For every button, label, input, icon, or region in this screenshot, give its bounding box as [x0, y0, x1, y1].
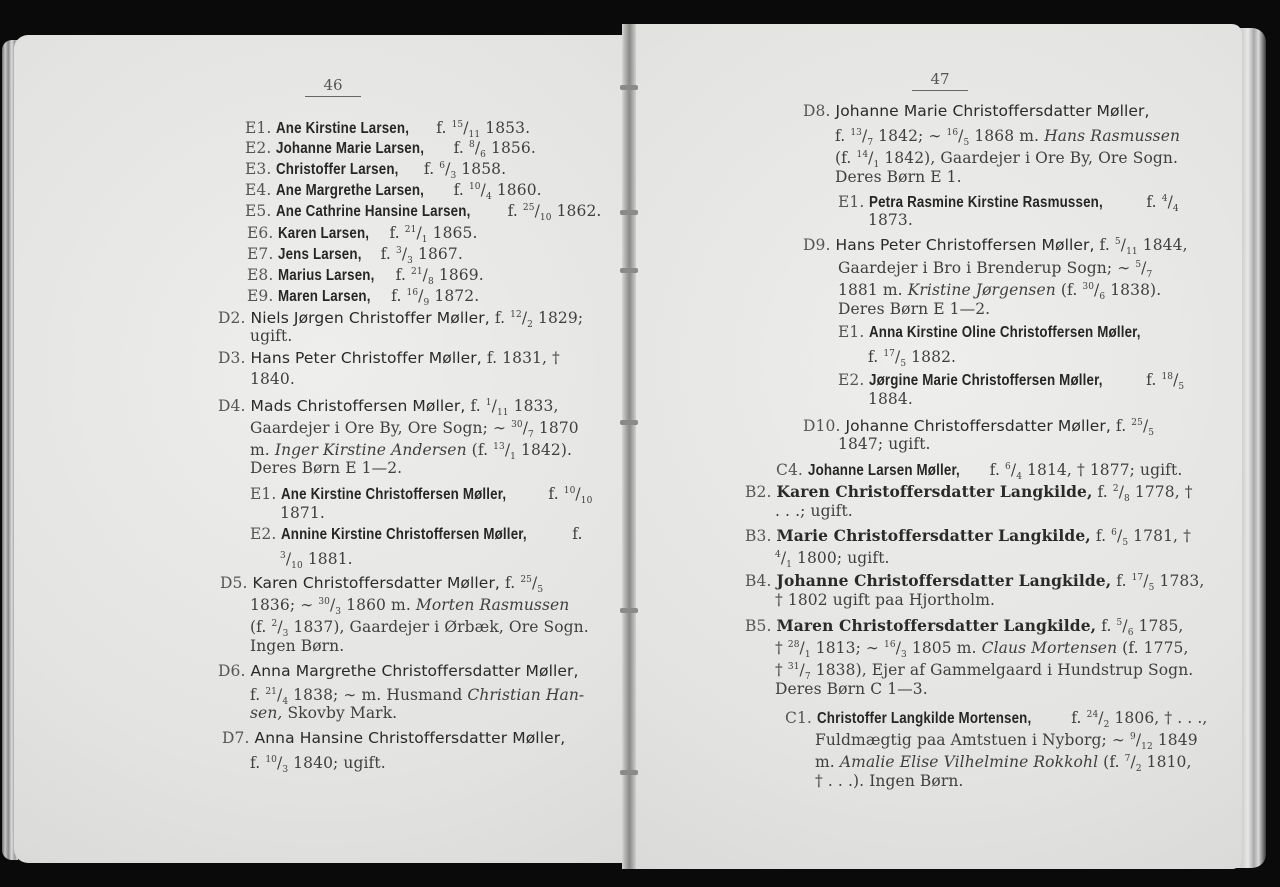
entry-text: ugift.: [250, 327, 292, 345]
entry-text: f. 6/3 1858.: [419, 160, 506, 178]
entry-text: f. 12/2 1829;: [490, 309, 583, 327]
entry-text: f. 24/2 1806, † . . .,: [1066, 709, 1207, 727]
entry-text: . . .; ugift.: [775, 502, 853, 520]
entry-text: f. 17/5 1882.: [868, 348, 956, 366]
genealogy-entry: D6. Anna Margrethe Christoffersdatter Mø…: [218, 661, 579, 682]
entry-text: 1836; ∼ 30/3 1860 m.: [250, 596, 416, 614]
entry-label: B2.: [745, 483, 777, 501]
person-name: Anna Margrethe Christoffersdatter Møller…: [251, 662, 579, 680]
entry-label: B5.: [745, 617, 777, 635]
entry-text: † 1802 ugift paa Hjortholm.: [775, 591, 995, 609]
binding-stitch: [620, 770, 638, 775]
person-name: Niels Jørgen Christoffer Møller,: [251, 309, 490, 327]
entry-text: f. 17/5 1783,: [1111, 572, 1204, 590]
entry-text: 4/1 1800; ugift.: [775, 549, 890, 567]
entry-continuation: f. 10/3 1840; ugift.: [250, 750, 386, 781]
person-name: Johanne Marie Christoffersdatter Møller,: [836, 102, 1150, 120]
person-name: Johanne Larsen Møller,: [808, 460, 960, 481]
entry-text: f. 1831, †: [482, 349, 560, 367]
person-name: Karen Christoffersdatter Langkilde,: [777, 482, 1093, 501]
entry-text: m.: [815, 753, 840, 771]
entry-text: f. 4/4: [1141, 193, 1178, 211]
spouse-name: Hans Rasmussen: [1044, 127, 1180, 145]
spouse-name: Amalie Elise Vilhelmine Rokkohl: [840, 753, 1098, 771]
entry-text: Skovby Mark.: [282, 704, 397, 722]
binding-stitch: [620, 85, 638, 90]
genealogy-entry: D7. Anna Hansine Christoffersdatter Møll…: [222, 728, 565, 749]
entry-continuation: Deres Børn E 1.: [835, 167, 962, 188]
entry-continuation: Deres Børn E 1—2.: [838, 299, 990, 320]
person-name: Ane Cathrine Hansine Larsen,: [276, 201, 470, 222]
entry-text: (f. 2/3 1837), Gaardejer i Ørbæk, Ore So…: [250, 618, 589, 636]
entry-label: E7.: [247, 245, 278, 263]
entry-text: f. 13/7 1842; ∼ 16/5 1868 m.: [835, 127, 1044, 145]
spouse-name: Inger Kirstine Andersen: [275, 441, 467, 459]
entry-continuation: Deres Børn E 1—2.: [250, 458, 402, 479]
entry-text: Fuldmægtig paa Amtstuen i Nyborg; ∼ 9/12…: [815, 731, 1198, 749]
entry-text: Deres Børn E 1—2.: [838, 300, 990, 318]
entry-label: E2.: [838, 371, 869, 389]
entry-text: m.: [250, 441, 275, 459]
person-name: Maren Larsen,: [278, 286, 371, 307]
entry-text: f. 5/11 1844,: [1095, 236, 1188, 254]
entry-text: f. 21/4 1838; ∼ m. Husmand: [250, 686, 467, 704]
entry-label: D6.: [218, 662, 251, 680]
spouse-name: sen,: [250, 704, 282, 722]
entry-text: 1840.: [250, 370, 295, 388]
entry-label: E9.: [247, 287, 278, 305]
entry-text: f. 21/8 1869.: [391, 266, 484, 284]
book-spine: [622, 24, 636, 869]
entry-text: f. 10/10: [543, 485, 592, 503]
entry-label: E8.: [247, 266, 278, 284]
entry-continuation: 1884.: [868, 389, 913, 410]
entry-continuation: Deres Børn C 1—3.: [775, 679, 928, 700]
genealogy-entry: E2. Annine Kirstine Christoffersen Mølle…: [250, 524, 583, 545]
binding-stitch: [620, 268, 638, 273]
person-name: Jørgine Marie Christoffersen Møller,: [869, 370, 1103, 391]
entry-text: Gaardejer i Ore By, Ore Sogn; ∼ 30/7 187…: [250, 419, 579, 437]
entry-continuation: Ingen Børn.: [250, 636, 344, 657]
entry-label: C4.: [776, 461, 808, 479]
entry-continuation: † 1802 ugift paa Hjortholm.: [775, 590, 995, 611]
entry-text: f. 18/5: [1141, 371, 1184, 389]
entry-label: E1.: [838, 193, 869, 211]
entry-text: f. 25/5: [1111, 417, 1154, 435]
entry-label: D10.: [803, 417, 846, 435]
binding-stitch: [620, 420, 638, 425]
page-number-left: 46: [303, 76, 363, 97]
person-name: Johanne Christoffersdatter Langkilde,: [777, 571, 1112, 590]
entry-continuation: . . .; ugift.: [775, 501, 853, 522]
entry-label: E5.: [245, 202, 276, 220]
person-name: Anna Kirstine Oline Christoffersen Mølle…: [869, 322, 1141, 343]
spouse-name: Claus Mortensen: [982, 639, 1118, 657]
entry-label: E2.: [250, 525, 281, 543]
entry-text: 1871.: [280, 504, 325, 522]
person-name: Annine Kirstine Christoffersen Møller,: [281, 524, 527, 545]
entry-text: † 28/1 1813; ∼ 16/3 1805 m.: [775, 639, 982, 657]
entry-text: Deres Børn C 1—3.: [775, 680, 928, 698]
entry-label: D4.: [218, 397, 251, 415]
entry-text: f. 25/10 1862.: [503, 202, 602, 220]
entry-label: D9.: [803, 236, 836, 254]
person-name: Anna Hansine Christoffersdatter Møller,: [255, 729, 566, 747]
spouse-name: Morten Rasmussen: [416, 596, 570, 614]
entry-text: (f. 7/2 1810,: [1098, 753, 1191, 771]
entry-label: D5.: [220, 574, 253, 592]
entry-text: † 31/7 1838), Ejer af Gammelgaard i Hund…: [775, 661, 1193, 679]
entry-text: f. 5/6 1785,: [1096, 617, 1183, 635]
entry-label: D2.: [218, 309, 251, 327]
entry-text: f. 6/5 1781, †: [1091, 527, 1191, 545]
entry-text: (f. 30/6 1838).: [1056, 281, 1161, 299]
entry-label: E6.: [247, 224, 278, 242]
entry-label: D3.: [218, 349, 251, 367]
entry-text: f. 1/11 1833,: [465, 397, 558, 415]
entry-text: f. 8/6 1856.: [449, 139, 536, 157]
entry-text: f. 3/3 1867.: [376, 245, 463, 263]
entry-label: D8.: [803, 102, 836, 120]
entry-text: f. 10/4 1860.: [449, 181, 542, 199]
entry-label: D7.: [222, 729, 255, 747]
entry-continuation: ugift.: [250, 326, 292, 347]
entry-text: (f. 14/1 1842), Gaardejer i Ore By, Ore …: [835, 149, 1178, 167]
page-number-right: 47: [910, 70, 970, 91]
entry-label: E2.: [245, 139, 276, 157]
genealogy-entry: D8. Johanne Marie Christoffersdatter Møl…: [803, 101, 1150, 122]
binding-stitch: [620, 210, 638, 215]
entry-text: Deres Børn E 1.: [835, 168, 962, 186]
genealogy-entry: E1. Anna Kirstine Oline Christoffersen M…: [838, 322, 1185, 343]
person-name: Christoffer Langkilde Mortensen,: [817, 708, 1031, 729]
spouse-name: Kristine Jørgensen: [908, 281, 1056, 299]
entry-continuation: 1840.: [250, 369, 295, 390]
entry-text: f. 16/9 1872.: [386, 287, 479, 305]
entry-text: f. 25/5: [500, 574, 543, 592]
entry-text: 1847; ugift.: [838, 435, 931, 453]
person-name: Hans Peter Christoffersen Møller,: [836, 236, 1095, 254]
entry-text: f.: [567, 525, 582, 543]
entry-text: f. 21/1 1865.: [384, 224, 477, 242]
entry-text: 1881 m.: [838, 281, 908, 299]
person-name: Johanne Christoffersdatter Møller,: [846, 417, 1111, 435]
entry-text: 3/10 1881.: [280, 550, 353, 568]
binding-stitch: [620, 608, 638, 613]
entry-text: 1873.: [868, 211, 913, 229]
entry-continuation: sen, Skovby Mark.: [250, 703, 397, 724]
person-name: Maren Christoffersdatter Langkilde,: [777, 616, 1097, 635]
entry-label: E4.: [245, 181, 276, 199]
entry-continuation: † . . .). Ingen Børn.: [815, 771, 963, 792]
entry-continuation: 1871.: [280, 503, 325, 524]
entry-text: f. 6/4 1814, † 1877; ugift.: [985, 461, 1183, 479]
entry-label: B4.: [745, 572, 777, 590]
entry-continuation: 1873.: [868, 210, 913, 231]
entry-text: 1884.: [868, 390, 913, 408]
person-name: Ane Kirstine Christoffersen Møller,: [281, 484, 506, 505]
spouse-name: Christian Han-: [467, 686, 584, 704]
person-name: Mads Christoffersen Møller,: [251, 397, 466, 415]
entry-text: Gaardejer i Bro i Brenderup Sogn; ∼ 5/7: [838, 259, 1152, 277]
entry-text: f. 10/3 1840; ugift.: [250, 754, 386, 772]
entry-label: E3.: [245, 160, 276, 178]
entry-label: E1.: [250, 485, 281, 503]
entry-text: † . . .). Ingen Børn.: [815, 772, 963, 790]
entry-continuation: 1847; ugift.: [838, 434, 931, 455]
entry-text: f. 2/8 1778, †: [1092, 483, 1192, 501]
person-name: Marie Christoffersdatter Langkilde,: [777, 526, 1091, 545]
genealogy-entry: D3. Hans Peter Christoffer Møller, f. 18…: [218, 348, 560, 369]
entry-label: E1.: [838, 323, 869, 341]
entry-text: Ingen Børn.: [250, 637, 344, 655]
person-name: Hans Peter Christoffer Møller,: [251, 349, 482, 367]
entry-text: (f. 13/1 1842).: [467, 441, 572, 459]
entry-label: B3.: [745, 527, 777, 545]
entry-text: Deres Børn E 1—2.: [250, 459, 402, 477]
entry-text: (f. 1775,: [1117, 639, 1188, 657]
person-name: Karen Christoffersdatter Møller,: [253, 574, 500, 592]
entry-label: C1.: [785, 709, 817, 727]
